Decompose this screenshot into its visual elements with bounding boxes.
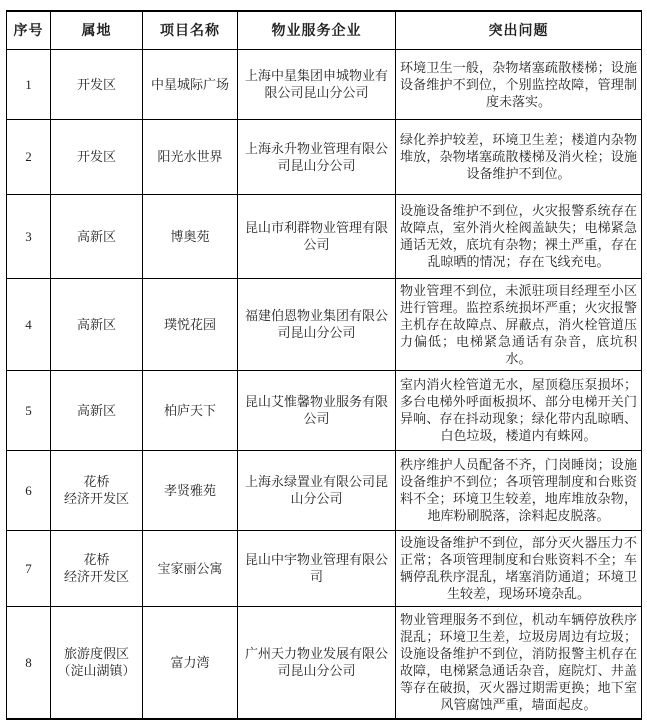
document-page: 序号 属地 项目名称 物业服务企业 突出问题 1开发区中星城际广场上海中星集团申… xyxy=(0,0,647,722)
cell-district: 高新区 xyxy=(51,194,143,278)
cell-district: 高新区 xyxy=(51,370,143,450)
cell-project: 柏庐天下 xyxy=(143,370,238,450)
cell-issues: 秩序维护人员配备不齐，门岗睡岗；设施设备维护不到位；各项管理制度和台账资料不全；… xyxy=(396,450,642,530)
cell-company: 广州天力物业发展有限公司昆山分公司 xyxy=(238,606,396,719)
cell-issues: 物业管理不到位，未派驻项目经理至小区进行管理。监控系统损坏严重；火灾报警主机存在… xyxy=(396,278,642,370)
property-issues-table: 序号 属地 项目名称 物业服务企业 突出问题 1开发区中星城际广场上海中星集团申… xyxy=(6,10,642,720)
table-row: 4高新区璞悦花园福建伯恩物业集团有限公司昆山分公司物业管理不到位，未派驻项目经理… xyxy=(7,278,642,370)
cell-district: 旅游度假区 （淀山湖镇） xyxy=(51,606,143,719)
cell-district: 高新区 xyxy=(51,278,143,370)
table-row: 1开发区中星城际广场上海中星集团申城物业有限公司昆山分公司环境卫生一般，杂物堵塞… xyxy=(7,49,642,119)
cell-district: 开发区 xyxy=(51,49,143,119)
cell-project: 中星城际广场 xyxy=(143,49,238,119)
table-row: 2开发区阳光水世界上海永升物业管理有限公司昆山分公司绿化养护较差，环境卫生差；楼… xyxy=(7,119,642,194)
cell-project: 阳光水世界 xyxy=(143,119,238,194)
table-row: 5高新区柏庐天下昆山艾惟馨物业服务有限公司室内消火栓管道无水，屋顶稳压泵损坏；多… xyxy=(7,370,642,450)
cell-company: 昆山中宇物业管理有限公司 xyxy=(238,530,396,606)
table-row: 8旅游度假区 （淀山湖镇）富力湾广州天力物业发展有限公司昆山分公司物业管理服务不… xyxy=(7,606,642,719)
cell-project: 孝贤雅苑 xyxy=(143,450,238,530)
cell-issues: 室内消火栓管道无水，屋顶稳压泵损坏；多台电梯外呼面板损坏、部分电梯开关门异响、存… xyxy=(396,370,642,450)
cell-district: 花桥 经济开发区 xyxy=(51,450,143,530)
cell-project: 璞悦花园 xyxy=(143,278,238,370)
header-cell-district: 属地 xyxy=(51,11,143,49)
cell-company: 上海永升物业管理有限公司昆山分公司 xyxy=(238,119,396,194)
cell-company: 上海中星集团申城物业有限公司昆山分公司 xyxy=(238,49,396,119)
header-cell-no: 序号 xyxy=(7,11,51,49)
cell-no: 5 xyxy=(7,370,51,450)
cell-district: 花桥 经济开发区 xyxy=(51,530,143,606)
cell-company: 昆山艾惟馨物业服务有限公司 xyxy=(238,370,396,450)
table-row: 6花桥 经济开发区孝贤雅苑上海永绿置业有限公司昆山分公司秩序维护人员配备不齐，门… xyxy=(7,450,642,530)
cell-issues: 物业管理服务不到位，机动车辆停放秩序混乱；环境卫生差，垃圾房周边有垃圾；设施设备… xyxy=(396,606,642,719)
table-body: 1开发区中星城际广场上海中星集团申城物业有限公司昆山分公司环境卫生一般，杂物堵塞… xyxy=(7,49,642,719)
cell-no: 1 xyxy=(7,49,51,119)
cell-no: 3 xyxy=(7,194,51,278)
cell-no: 6 xyxy=(7,450,51,530)
header-row: 序号 属地 项目名称 物业服务企业 突出问题 xyxy=(7,11,642,49)
cell-issues: 设施设备维护不到位，火灾报警系统存在故障点，室外消火栓阀盖缺失；电梯紧急通话无效… xyxy=(396,194,642,278)
header-cell-issues: 突出问题 xyxy=(396,11,642,49)
cell-no: 2 xyxy=(7,119,51,194)
cell-no: 7 xyxy=(7,530,51,606)
cell-issues: 环境卫生一般，杂物堵塞疏散楼梯；设施设备维护不到位，个别监控故障，管理制度未落实… xyxy=(396,49,642,119)
cell-issues: 设施设备维护不到位，部分灭火器压力不正常；各项管理制度和台账资料不全；车辆停乱秩… xyxy=(396,530,642,606)
cell-company: 昆山市利群物业管理有限公司 xyxy=(238,194,396,278)
cell-project: 宝家丽公寓 xyxy=(143,530,238,606)
table-header: 序号 属地 项目名称 物业服务企业 突出问题 xyxy=(7,11,642,49)
cell-project: 富力湾 xyxy=(143,606,238,719)
cell-company: 上海永绿置业有限公司昆山分公司 xyxy=(238,450,396,530)
cell-issues: 绿化养护较差，环境卫生差；楼道内杂物堆放，杂物堵塞疏散楼梯及消火栓；设施设备维护… xyxy=(396,119,642,194)
table-row: 3高新区博奥苑昆山市利群物业管理有限公司设施设备维护不到位，火灾报警系统存在故障… xyxy=(7,194,642,278)
cell-no: 8 xyxy=(7,606,51,719)
cell-district: 开发区 xyxy=(51,119,143,194)
cell-company: 福建伯恩物业集团有限公司昆山分公司 xyxy=(238,278,396,370)
table-row: 7花桥 经济开发区宝家丽公寓昆山中宇物业管理有限公司设施设备维护不到位，部分灭火… xyxy=(7,530,642,606)
cell-no: 4 xyxy=(7,278,51,370)
cell-project: 博奥苑 xyxy=(143,194,238,278)
header-cell-project: 项目名称 xyxy=(143,11,238,49)
header-cell-company: 物业服务企业 xyxy=(238,11,396,49)
